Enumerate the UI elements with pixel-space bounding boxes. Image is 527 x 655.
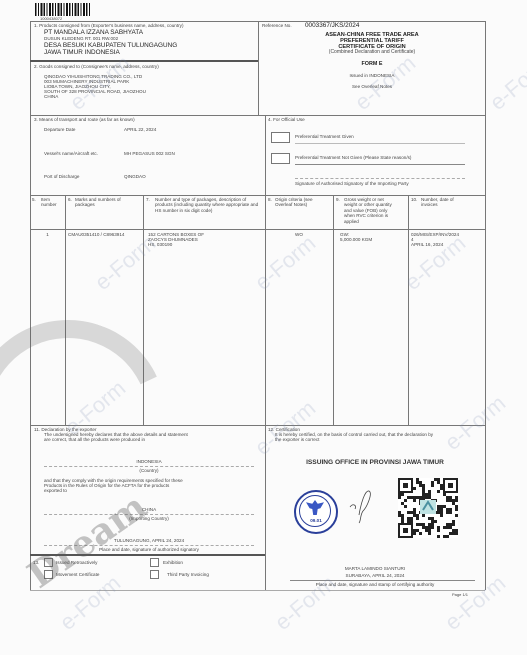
frame-top-left xyxy=(30,21,258,22)
col10-num: 10. xyxy=(411,197,417,202)
watermark-eform: e-Form xyxy=(440,390,511,455)
option2-underline xyxy=(295,164,465,165)
departure-value: APRIL 22, 2024 xyxy=(124,127,156,132)
exhibition-label: Exhibition xyxy=(163,560,183,565)
preferential-given-label: Preferential Treatment Given xyxy=(295,134,354,139)
col5-header: Item number xyxy=(41,197,63,208)
port-label: Port of Discharge xyxy=(44,174,80,179)
marks-numbers: CMAU0351410 / C8963914 xyxy=(68,232,124,237)
watermark-eform: e-Form xyxy=(250,395,321,460)
col6-header: Marks and numbers of packages xyxy=(75,197,137,208)
col9-header: Gross weight or net weight or other quan… xyxy=(344,197,394,224)
col8-header: Origin criteria (see Overleaf Notes) xyxy=(275,197,330,208)
box3-bottom xyxy=(30,195,485,196)
option1-underline xyxy=(295,143,465,144)
box3-label: 3. Means of transport and route (as far … xyxy=(34,117,135,122)
col9-num: 9. xyxy=(336,197,340,202)
exporter-address-2: DESA BESUKI KABUPATEN TULUNGAGUNG xyxy=(44,42,177,49)
cert-title-4: (Combined Declaration and Certificate) xyxy=(262,50,482,55)
stamp-code: 09.01 xyxy=(296,518,336,523)
exporter-address-3: JAWA TIMUR INDONESIA xyxy=(44,49,120,56)
signature-line xyxy=(295,178,465,179)
form-e: FORM E xyxy=(262,61,482,68)
certifying-place-label: Place and date, signature and stamp of c… xyxy=(266,582,484,587)
reference-label: Reference No. xyxy=(262,23,292,28)
frame-top-right xyxy=(258,21,485,22)
box1-label: 1. Products consigned from (Exporter's b… xyxy=(34,23,183,28)
port-value: QINGDAO xyxy=(124,174,146,179)
barcode xyxy=(35,3,90,16)
preferential-given-checkbox[interactable] xyxy=(271,132,290,143)
brand-watermark-swirl-icon xyxy=(0,292,194,543)
preferential-not-given-label: Preferential Treatment Not Given (Please… xyxy=(295,155,411,160)
weight-line-2: 5,000.000 KGM xyxy=(340,237,372,242)
official-stamp: 09.01 xyxy=(294,490,338,534)
reference-number: 0003367/JKS/2024 xyxy=(305,22,359,29)
box2-bottom xyxy=(30,115,485,116)
col7-num: 7. xyxy=(146,197,150,202)
certifying-officer: MARTA LAMINDO SIANTURI xyxy=(266,566,484,571)
certifying-place-date: SURABAYA, APRIL 24, 2024 xyxy=(266,573,484,578)
vessel-value: MH PEGASUS 002 SGN xyxy=(124,151,175,156)
watermark-eform: e-Form xyxy=(250,230,321,295)
table-header-bottom xyxy=(30,229,485,230)
col6-num: 6. xyxy=(68,197,72,202)
preferential-not-given-checkbox[interactable] xyxy=(271,153,290,164)
departure-label: Departure Date xyxy=(44,127,75,132)
frame-bottom-left xyxy=(30,590,265,591)
qr-code xyxy=(398,478,458,538)
divider-top xyxy=(258,21,259,115)
issuing-office: ISSUING OFFICE IN PROVINSI JAWA TIMUR xyxy=(266,459,484,466)
importer-signature-label: Signature of Authorised Signatory of the… xyxy=(295,181,409,186)
divider-box3-4 xyxy=(265,115,266,195)
col7-header: Number and type of packages, description… xyxy=(155,197,260,213)
item-number: 1 xyxy=(30,232,65,237)
vessel-label: Vessel's name/Aircraft etc. xyxy=(44,151,98,156)
col8-num: 8. xyxy=(268,197,272,202)
box1-bottom xyxy=(30,60,258,62)
frame-right xyxy=(485,21,486,590)
col5-num: 5. xyxy=(32,197,36,202)
exhibition-checkbox[interactable] xyxy=(150,558,159,567)
signature-icon xyxy=(345,485,380,525)
exporter-name: PT MANDALA IZZANA SABHYATA xyxy=(44,29,143,36)
third-party-invoicing-label: Third Party Invoicing xyxy=(167,572,209,577)
watermark-eform: e-Form xyxy=(90,230,161,295)
third-party-invoicing-checkbox[interactable] xyxy=(150,570,159,579)
watermark-eform: e-Form xyxy=(485,50,527,115)
consignee-line-5: CHINA xyxy=(44,94,58,99)
box4-label: 4. For Official Use xyxy=(268,117,305,122)
exporter-address-1: DUSUN KLEDENG RT. 001 RW.002 xyxy=(44,36,118,41)
col10-header: Number, date of invoices xyxy=(421,197,466,208)
